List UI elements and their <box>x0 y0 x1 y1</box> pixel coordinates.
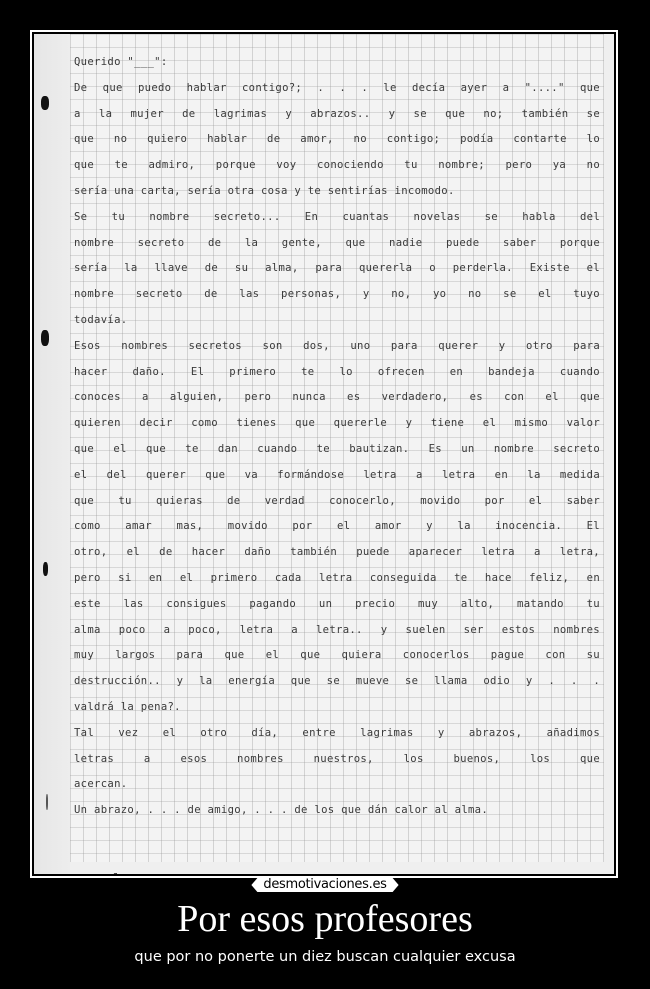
letter-line: nombre secreto de la gente, que nadie pu… <box>74 231 600 257</box>
letter-line: acercan. <box>74 772 600 798</box>
letter-line: que te admiro, porque voy conociendo tu … <box>74 153 600 179</box>
letter-line: Se tu nombre secreto... En cuantas novel… <box>74 205 600 231</box>
poster-title: Por esos profesores <box>0 896 650 942</box>
binder-hole <box>41 96 49 110</box>
letter-line: el del querer que va formándose letra a … <box>74 463 600 489</box>
letter-line: quieren decir como tienes que quererle y… <box>74 411 600 437</box>
letter-line: que no quiero hablar de amor, no contigo… <box>74 127 600 153</box>
letter-line: valdrá la pena?. <box>74 695 600 721</box>
letter-line: como amar mas, movido por el amor y la i… <box>74 514 600 540</box>
letter-line: De que puedo hablar contigo?; . . . le d… <box>74 76 600 102</box>
letter-line: letras a esos nombres nuestros, los buen… <box>74 747 600 773</box>
letter-line: que el que te dan cuando te bautizan. Es… <box>74 437 600 463</box>
letter-line: a la mujer de lagrimas y abrazos.. y se … <box>74 102 600 128</box>
letter-line: Querido "___": <box>74 50 600 76</box>
letter-line: pero si en el primero cada letra consegu… <box>74 566 600 592</box>
letter-line: Esos nombres secretos son dos, uno para … <box>74 334 600 360</box>
handwritten-letter: Querido "___":De que puedo hablar contig… <box>74 50 600 874</box>
letter-line: alma poco a poco, letra a letra.. y suel… <box>74 618 600 644</box>
binder-hole <box>46 794 48 810</box>
letter-line: que tu quieras de verdad conocerlo, movi… <box>74 489 600 515</box>
letter-photo: Querido "___":De que puedo hablar contig… <box>34 34 614 874</box>
letter-line: muy largos para que el que quiera conoce… <box>74 643 600 669</box>
letter-line: todavía. <box>74 308 600 334</box>
binder-hole <box>43 562 48 576</box>
letter-line: Tal vez el otro día, entre lagrimas y ab… <box>74 721 600 747</box>
letter-line: hacer daño. El primero te lo ofrecen en … <box>74 360 600 386</box>
letter-line: conoces a alguien, pero nunca es verdade… <box>74 385 600 411</box>
site-watermark[interactable]: desmotivaciones.es <box>251 878 398 892</box>
letter-line: otro, el de hacer daño también puede apa… <box>74 540 600 566</box>
binder-hole <box>41 330 49 346</box>
letter-line: nombre secreto de las personas, y no, yo… <box>74 282 600 308</box>
notebook-margin <box>34 34 70 874</box>
letter-line: sería la llave de su alma, para quererla… <box>74 256 600 282</box>
letter-line: sería una carta, sería otra cosa y te se… <box>74 179 600 205</box>
letter-line: destrucción.. y la energía que se mueve … <box>74 669 600 695</box>
letter-line: Un abrazo, . . . de amigo, . . . de los … <box>74 798 600 824</box>
watermark-bar: desmotivaciones.es <box>0 873 650 887</box>
poster-subtitle: que por no ponerte un diez buscan cualqu… <box>0 946 650 968</box>
letter-line: este las consigues pagando un precio muy… <box>74 592 600 618</box>
